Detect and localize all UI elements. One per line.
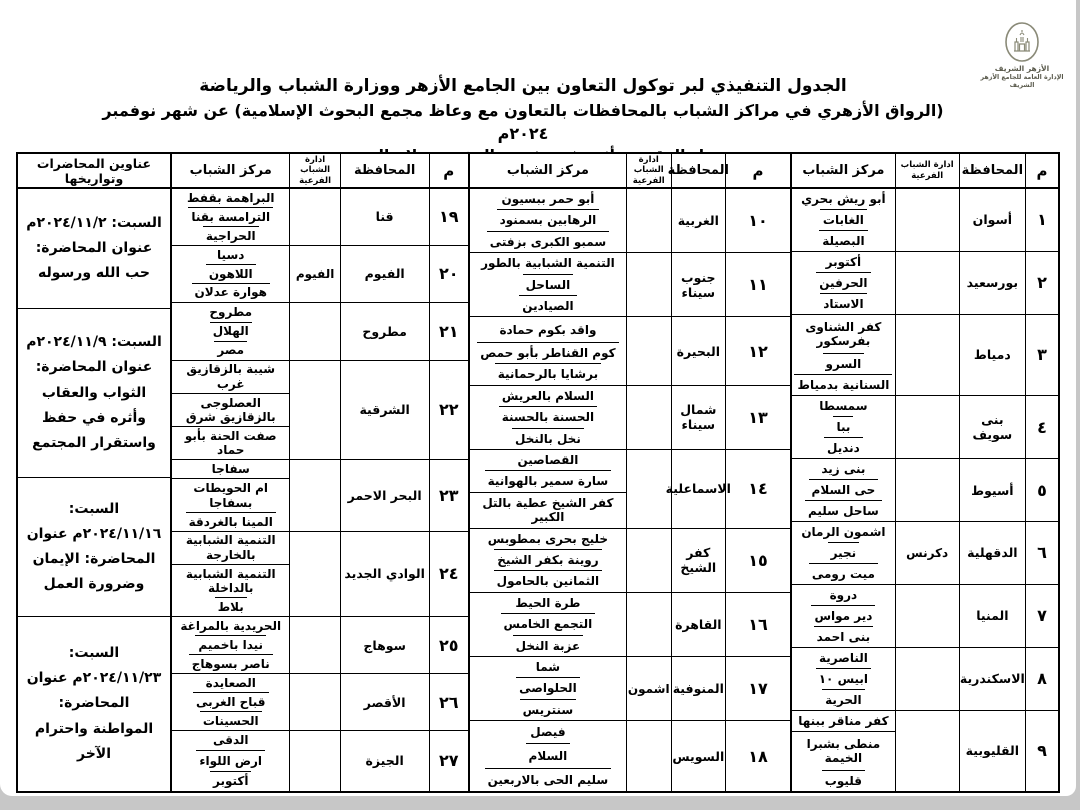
youth-centers: اشمون الرماننجيرميت رومى: [792, 522, 896, 584]
youth-centers: شيبة بالزقازيق غربالعصلوجى بالزقازيق شرق…: [172, 361, 290, 460]
governorate-block: ١٧المنوفيةاشمونشماالحلواصىسنتريس: [470, 656, 790, 720]
lecture-cell: السبت: ٢٠٢٤/١١/٩م عنوان المحاضرة: الثواب…: [18, 308, 170, 477]
youth-centers: مطروحالهلالمصر: [172, 303, 290, 360]
youth-center-cell: سفاجا: [209, 460, 253, 478]
youth-center-cell: مطروح: [206, 303, 255, 322]
youth-center-cell: ناصر بسوهاج: [189, 654, 273, 673]
governorate-block: ١٦القاهرةطرة الحيطالتجمع الخامسعزبة النخ…: [470, 592, 790, 656]
lectures-body: السبت: ٢٠٢٤/١١/٢م عنوان المحاضرة: حب الل…: [18, 189, 170, 791]
governorate-block: ٣دمياطكفر الشناوى بفرسكورالسروالسنانية ب…: [792, 314, 1058, 395]
youth-center-cell: العصلوجى بالزقازيق شرق: [172, 393, 289, 426]
youth-center-cell: الهلال: [210, 322, 252, 341]
sub-admin-cell: [290, 303, 340, 360]
youth-center-cell: اشمون الرمان: [798, 522, 888, 542]
group-body: ١أسوانأبو ريش بحريالغاباتالبصيلة٢بورسعيد…: [792, 189, 1058, 791]
governorate-cell: أسيوط: [960, 459, 1027, 521]
youth-center-cell: بنى زيد: [818, 459, 868, 479]
youth-centers: شماالحلواصىسنتريس: [470, 657, 627, 720]
governorate-block: ١٩قناالبراهمة بقفطالترامسة بقناالحراجية: [172, 189, 468, 245]
sub-admin-cell: [896, 711, 960, 791]
row-number: ١١: [726, 253, 790, 316]
row-number: ١٧: [726, 657, 790, 720]
governorate-cell: السويس: [672, 721, 726, 791]
group-header-row: مالمحافظةادارة الشباب الفرعيةمركز الشباب: [470, 154, 790, 189]
col-header-youth-center: مركز الشباب: [470, 154, 627, 187]
group-header-row: مالمحافظةادارة الشباب الفرعيةمركز الشباب: [172, 154, 468, 189]
youth-center-cell: الدقى: [210, 731, 252, 750]
governorate-block: ٢بورسعيدأكتوبرالحرفينالاستاد: [792, 251, 1058, 314]
youth-center-cell: ام الحويطات بسفاجا: [172, 478, 289, 511]
governorate-cell: قنا: [341, 189, 430, 245]
youth-centers: أبو حمر ببسيونالرهابين بسمنودسمبو الكبرى…: [470, 189, 627, 252]
governorate-block: ٤بنى سويفسمسطاببادنديل: [792, 395, 1058, 458]
youth-center-cell: الحرفين: [816, 272, 870, 293]
sub-admin-cell: [290, 674, 340, 730]
row-number: ٧: [1026, 585, 1058, 647]
youth-center-cell: ساحل سليم: [805, 500, 882, 521]
governorate-block: ٢١مطروحمطروحالهلالمصر: [172, 302, 468, 360]
youth-centers: خليج بحرى بمطوبسروينة بكفر الشيخالثمانين…: [470, 529, 627, 592]
governorate-cell: البحر الاحمر: [341, 460, 430, 530]
col-header-lecture-titles: عناوين المحاضرات وتواريخها: [18, 154, 170, 187]
youth-centers: واقد بكوم حمادةكوم القناطر بأبو حمصبرشاي…: [470, 317, 627, 384]
youth-center-cell: شما: [533, 657, 563, 677]
lectures-column: عناوين المحاضرات وتواريخهاالسبت: ٢٠٢٤/١١…: [18, 154, 172, 791]
governorate-cell: المنوفية: [672, 657, 726, 720]
governorate-cell: سوهاج: [341, 617, 430, 673]
governorate-block: ٧المنيادروةدير مواسبنى احمد: [792, 584, 1058, 647]
sub-admin-cell: الفيوم: [290, 246, 340, 302]
youth-center-cell: الصيادين: [519, 295, 576, 316]
row-number: ٦: [1026, 522, 1058, 584]
document-page: الأزهر الشريف الإدارة العامة للجامع الأز…: [0, 0, 1076, 796]
youth-center-cell: اللاهون: [206, 264, 256, 283]
youth-centers: كفر الشناوى بفرسكورالسروالسنانية بدمياط: [792, 315, 896, 395]
sub-admin-cell: [627, 253, 672, 316]
youth-centers: البراهمة بقفطالترامسة بقناالحراجية: [172, 189, 290, 245]
youth-center-cell: شيبة بالزقازيق غرب: [172, 361, 289, 393]
sub-admin-cell: دكرنس: [896, 522, 960, 584]
youth-center-cell: السرو: [823, 353, 865, 374]
governorate-block: ٢٦الأقصرالصعايدةقباح الغربىالحسينات: [172, 673, 468, 730]
al-azhar-logo: الأزهر الشريف الإدارة العامة للجامع الأز…: [972, 22, 1072, 90]
governorate-cell: شمال سيناء: [672, 386, 726, 449]
governorate-block: ٢٣البحر الاحمرسفاجاام الحويطات بسفاجاالم…: [172, 459, 468, 530]
row-number: ٢٣: [430, 460, 468, 530]
sub-admin-cell: [627, 593, 672, 656]
youth-center-cell: الغابات: [820, 209, 867, 230]
youth-center-cell: دسيا: [214, 246, 247, 264]
governorate-cell: الأقصر: [341, 674, 430, 730]
governorate-cell: أسوان: [960, 189, 1027, 251]
row-number: ١٦: [726, 593, 790, 656]
youth-center-cell: الحسنة بالحسنة: [499, 406, 597, 427]
row-number: ١: [1026, 189, 1058, 251]
governorate-block: ١٢البحيرةواقد بكوم حمادةكوم القناطر بأبو…: [470, 316, 790, 384]
youth-center-cell: الناصرية: [816, 648, 871, 668]
youth-center-cell: خليج بحرى بمطوبس: [485, 529, 611, 549]
youth-centers: فيصلالسلامسليم الحى بالاربعين: [470, 721, 627, 791]
youth-center-cell: سارة سمير بالهوانية: [485, 470, 612, 491]
youth-center-cell: الرهابين بسمنود: [497, 209, 600, 230]
youth-center-cell: السلام: [526, 743, 571, 768]
lectures-header-row: عناوين المحاضرات وتواريخها: [18, 154, 170, 189]
group-body: ١٩قناالبراهمة بقفطالترامسة بقناالحراجية٢…: [172, 189, 468, 791]
governorate-cell: بورسعيد: [960, 252, 1027, 314]
youth-center-cell: برشايا بالرحمانية: [495, 363, 601, 384]
youth-center-cell: دير مواس: [811, 605, 875, 626]
governorate-cell: الغربية: [672, 189, 726, 252]
youth-centers: الصعايدةقباح الغربىالحسينات: [172, 674, 290, 730]
youth-center-cell: الترامسة بقنا: [188, 207, 273, 226]
youth-centers: التنمية الشبابية بالخارجةالتنمية الشبابي…: [172, 532, 290, 617]
col-header-youth-center: مركز الشباب: [172, 154, 290, 187]
governorate-cell: القاهرة: [672, 593, 726, 656]
al-azhar-emblem-icon: [1000, 22, 1044, 62]
youth-center-cell: ارض اللواء: [196, 750, 265, 771]
youth-center-cell: كفر الشناوى بفرسكور: [792, 315, 895, 353]
youth-center-cell: واقد بكوم حمادة: [496, 317, 599, 342]
youth-center-cell: صفت الحنة بأبو حماد: [172, 426, 289, 459]
governorate-block: ٢٥سوهاجالحريدية بالمراغةنيدا باخميمناصر …: [172, 616, 468, 673]
youth-center-cell: بنى احمد: [814, 626, 873, 647]
group-header-row: مالمحافظةادارة الشباب الفرعيةمركز الشباب: [792, 154, 1058, 189]
sub-admin-cell: [627, 317, 672, 384]
row-number: ١٠: [726, 189, 790, 252]
youth-center-cell: دروة: [827, 585, 861, 605]
youth-center-cell: نيدا باخميم: [195, 635, 266, 654]
sub-admin-cell: [627, 386, 672, 449]
row-number: ٢٠: [430, 246, 468, 302]
sub-admin-cell: [627, 450, 672, 528]
governorate-cell: مطروح: [341, 303, 430, 360]
youth-center-cell: سمبو الكبرى بزفتى: [487, 231, 609, 252]
youth-center-cell: دنديل: [824, 437, 863, 458]
youth-center-cell: التجمع الخامس: [501, 613, 596, 634]
governorate-cell: كفر الشيخ: [672, 529, 726, 592]
youth-centers: الدقىارض اللواءأكتوبر: [172, 731, 290, 791]
col-header-youth-center: مركز الشباب: [792, 154, 896, 187]
col-header-governorate: المحافظة: [341, 154, 430, 187]
youth-center-cell: التنمية الشبابية بالطور: [478, 253, 618, 273]
col-header-sub-admin: ادارة الشباب الفرعية: [627, 154, 672, 187]
governorate-cell: جنوب سيناء: [672, 253, 726, 316]
title-line-2: (الرواق الأزهري في مراكز الشباب بالمحافظ…: [90, 99, 956, 145]
youth-center-cell: الحسينات: [200, 711, 262, 730]
youth-center-cell: طرة الحيط: [512, 593, 583, 613]
youth-center-cell: كفر مناقر ببنها: [795, 711, 891, 731]
youth-centers: أبو ريش بحريالغاباتالبصيلة: [792, 189, 896, 251]
row-number: ٥: [1026, 459, 1058, 521]
youth-center-cell: ببا: [833, 416, 853, 437]
youth-centers: دسيااللاهونهوارة عدلان: [172, 246, 290, 302]
row-number: ٢٦: [430, 674, 468, 730]
youth-center-cell: كفر الشيخ عطية بالتل الكبير: [470, 492, 626, 528]
governorate-block: ١٨السويسفيصلالسلامسليم الحى بالاربعين: [470, 720, 790, 791]
sub-admin-cell: [896, 648, 960, 710]
group-3: مالمحافظةادارة الشباب الفرعيةمركز الشباب…: [172, 154, 470, 791]
youth-centers: الحريدية بالمراغةنيدا باخميمناصر بسوهاج: [172, 617, 290, 673]
youth-center-cell: أكتوبر: [210, 771, 251, 791]
row-number: ٣: [1026, 315, 1058, 395]
row-number: ١٣: [726, 386, 790, 449]
youth-centers: السلام بالعريشالحسنة بالحسنةنخل بالنخل: [470, 386, 627, 449]
row-number: ١٨: [726, 721, 790, 791]
youth-center-cell: فيصل: [527, 721, 568, 743]
group-1: مالمحافظةادارة الشباب الفرعيةمركز الشباب…: [792, 154, 1058, 791]
governorate-block: ٢٢الشرقيةشيبة بالزقازيق غربالعصلوجى بالز…: [172, 360, 468, 460]
governorate-block: ١٣شمال سيناءالسلام بالعريشالحسنة بالحسنة…: [470, 385, 790, 449]
sub-admin-cell: [290, 361, 340, 460]
row-number: ٢٧: [430, 731, 468, 791]
sub-admin-cell: [627, 529, 672, 592]
group-2: مالمحافظةادارة الشباب الفرعيةمركز الشباب…: [470, 154, 792, 791]
youth-centers: سمسطاببادنديل: [792, 396, 896, 458]
youth-center-cell: أبو حمر ببسيون: [498, 189, 597, 209]
governorate-block: ٥أسيوطبنى زيدحى السلامساحل سليم: [792, 458, 1058, 521]
youth-center-cell: الساحل: [523, 274, 574, 295]
governorate-cell: الشرقية: [341, 361, 430, 460]
youth-center-cell: البراهمة بقفط: [184, 189, 278, 207]
row-number: ٩: [1026, 711, 1058, 791]
governorate-block: ٩القليوبيةكفر مناقر ببنهامنطى بشبرا الخي…: [792, 710, 1058, 791]
group-body: ١٠الغربيةأبو حمر ببسيونالرهابين بسمنودسم…: [470, 189, 790, 791]
youth-center-cell: منطى بشبرا الخيمة: [792, 731, 895, 770]
governorate-cell: الاسكندرية: [960, 648, 1027, 710]
youth-center-cell: نجير: [828, 542, 860, 563]
logo-caption-line2: الإدارة العامة للجامع الأزهر الشريف: [972, 74, 1072, 90]
governorate-block: ٢٤الوادي الجديدالتنمية الشبابية بالخارجة…: [172, 531, 468, 617]
col-header-governorate: المحافظة: [960, 154, 1027, 187]
youth-center-cell: عزبة النخل: [513, 635, 584, 656]
youth-centers: بنى زيدحى السلامساحل سليم: [792, 459, 896, 521]
governorate-block: ١٤الاسماعليةالقصاصينسارة سمير بالهوانيةك…: [470, 449, 790, 528]
youth-center-cell: مصر: [214, 341, 247, 360]
sub-admin-cell: [290, 189, 340, 245]
governorate-cell: الفيوم: [341, 246, 430, 302]
youth-center-cell: سنتريس: [520, 699, 577, 720]
governorate-block: ١أسوانأبو ريش بحريالغاباتالبصيلة: [792, 189, 1058, 251]
youth-center-cell: نخل بالنخل: [512, 428, 584, 449]
sub-admin-cell: [896, 585, 960, 647]
youth-center-cell: التنمية الشبابية بالخارجة: [172, 532, 289, 564]
row-number: ١٢: [726, 317, 790, 384]
youth-center-cell: أبو ريش بحري: [798, 189, 889, 209]
youth-center-cell: ابيس ١٠: [816, 668, 871, 689]
youth-center-cell: ميت رومى: [809, 563, 878, 584]
sub-admin-cell: [627, 189, 672, 252]
col-header-governorate: المحافظة: [672, 154, 726, 187]
col-header-number: م: [430, 154, 468, 187]
youth-center-cell: السلام بالعريش: [499, 386, 597, 406]
governorate-cell: الاسماعلية: [672, 450, 726, 528]
youth-center-cell: سليم الحى بالاربعين: [485, 768, 612, 791]
lecture-cell: السبت: ٢٠٢٤/١١/١٦م عنوان المحاضرة: الإيم…: [18, 477, 170, 616]
sub-admin-cell: [896, 315, 960, 395]
youth-center-cell: المينا بالغردقة: [186, 512, 276, 531]
youth-center-cell: الحلواصى: [516, 677, 580, 698]
youth-centers: دروةدير مواسبنى احمد: [792, 585, 896, 647]
governorate-cell: الجيزة: [341, 731, 430, 791]
col-header-number: م: [726, 154, 790, 187]
youth-center-cell: الحرية: [822, 689, 865, 710]
youth-center-cell: التنمية الشبابية بالداخلة: [172, 564, 289, 597]
row-number: ٢٤: [430, 532, 468, 617]
youth-center-cell: أكتوبر: [823, 252, 864, 272]
youth-center-cell: الحريدية بالمراغة: [177, 617, 284, 635]
col-header-sub-admin: ادارة الشباب الفرعية: [896, 154, 960, 187]
youth-center-cell: قباح الغربى: [193, 692, 269, 711]
governorate-block: ٦الدقهليةدكرنساشمون الرماننجيرميت رومى: [792, 521, 1058, 584]
governorate-block: ١١جنوب سيناءالتنمية الشبابية بالطورالساح…: [470, 252, 790, 316]
youth-center-cell: روينة بكفر الشيخ: [494, 549, 601, 570]
governorate-cell: بنى سويف: [960, 396, 1027, 458]
youth-center-cell: حى السلام: [809, 479, 879, 500]
governorate-block: ٢٠الفيومالفيومدسيااللاهونهوارة عدلان: [172, 245, 468, 302]
lecture-cell: السبت: ٢٠٢٤/١١/٢٣م عنوان المحاضرة: الموا…: [18, 616, 170, 791]
row-number: ٤: [1026, 396, 1058, 458]
governorate-block: ٨الاسكندريةالناصريةابيس ١٠الحرية: [792, 647, 1058, 710]
youth-centers: الناصريةابيس ١٠الحرية: [792, 648, 896, 710]
youth-center-cell: هوارة عدلان: [192, 283, 270, 302]
youth-center-cell: الاستاد: [820, 293, 866, 314]
row-number: ١٥: [726, 529, 790, 592]
sub-admin-cell: [896, 396, 960, 458]
row-number: ٢٥: [430, 617, 468, 673]
row-number: ٨: [1026, 648, 1058, 710]
youth-center-cell: كوم القناطر بأبو حمص: [477, 342, 618, 363]
governorate-block: ١٠الغربيةأبو حمر ببسيونالرهابين بسمنودسم…: [470, 189, 790, 252]
col-header-sub-admin: ادارة الشباب الفرعية: [290, 154, 340, 187]
sub-admin-cell: [290, 532, 340, 617]
governorate-cell: دمياط: [960, 315, 1027, 395]
youth-centers: كفر مناقر ببنهامنطى بشبرا الخيمةقليوب: [792, 711, 896, 791]
row-number: ١٤: [726, 450, 790, 528]
youth-centers: طرة الحيطالتجمع الخامسعزبة النخل: [470, 593, 627, 656]
sub-admin-cell: [896, 189, 960, 251]
governorate-cell: القليوبية: [960, 711, 1027, 791]
youth-center-cell: القصاصين: [514, 450, 581, 470]
youth-center-cell: السنانية بدمياط: [794, 374, 892, 395]
governorate-cell: الدقهلية: [960, 522, 1027, 584]
governorate-block: ١٥كفر الشيخخليج بحرى بمطوبسروينة بكفر ال…: [470, 528, 790, 592]
lecture-cell: السبت: ٢٠٢٤/١١/٢م عنوان المحاضرة: حب الل…: [18, 189, 170, 308]
youth-center-cell: سمسطا: [816, 396, 870, 416]
governorate-cell: الوادي الجديد: [341, 532, 430, 617]
governorate-cell: المنيا: [960, 585, 1027, 647]
sub-admin-cell: [627, 721, 672, 791]
youth-center-cell: الحراجية: [203, 226, 259, 245]
row-number: ٢: [1026, 252, 1058, 314]
youth-center-cell: الصعايدة: [203, 674, 259, 692]
sub-admin-cell: [290, 731, 340, 791]
youth-centers: التنمية الشبابية بالطورالساحلالصيادين: [470, 253, 627, 316]
schedule-table: مالمحافظةادارة الشباب الفرعيةمركز الشباب…: [16, 152, 1060, 793]
governorate-block: ٢٧الجيزةالدقىارض اللواءأكتوبر: [172, 730, 468, 791]
youth-center-cell: قليوب: [822, 770, 865, 791]
sub-admin-cell: [290, 460, 340, 530]
row-number: ٢١: [430, 303, 468, 360]
youth-center-cell: بلاط: [215, 597, 247, 616]
youth-centers: أكتوبرالحرفينالاستاد: [792, 252, 896, 314]
youth-centers: القصاصينسارة سمير بالهوانيةكفر الشيخ عطي…: [470, 450, 627, 528]
sub-admin-cell: [290, 617, 340, 673]
row-number: ٢٢: [430, 361, 468, 460]
sub-admin-cell: اشمون: [627, 657, 672, 720]
sub-admin-cell: [896, 459, 960, 521]
youth-center-cell: البصيلة: [819, 230, 867, 251]
logo-caption-line1: الأزهر الشريف: [972, 64, 1072, 74]
sub-admin-cell: [896, 252, 960, 314]
youth-centers: سفاجاام الحويطات بسفاجاالمينا بالغردقة: [172, 460, 290, 530]
col-header-number: م: [1026, 154, 1058, 187]
governorate-cell: البحيرة: [672, 317, 726, 384]
youth-center-cell: الثمانين بالحامول: [494, 570, 603, 591]
row-number: ١٩: [430, 189, 468, 245]
title-line-1: الجدول التنفيذي لبر توكول التعاون بين ال…: [90, 74, 956, 99]
